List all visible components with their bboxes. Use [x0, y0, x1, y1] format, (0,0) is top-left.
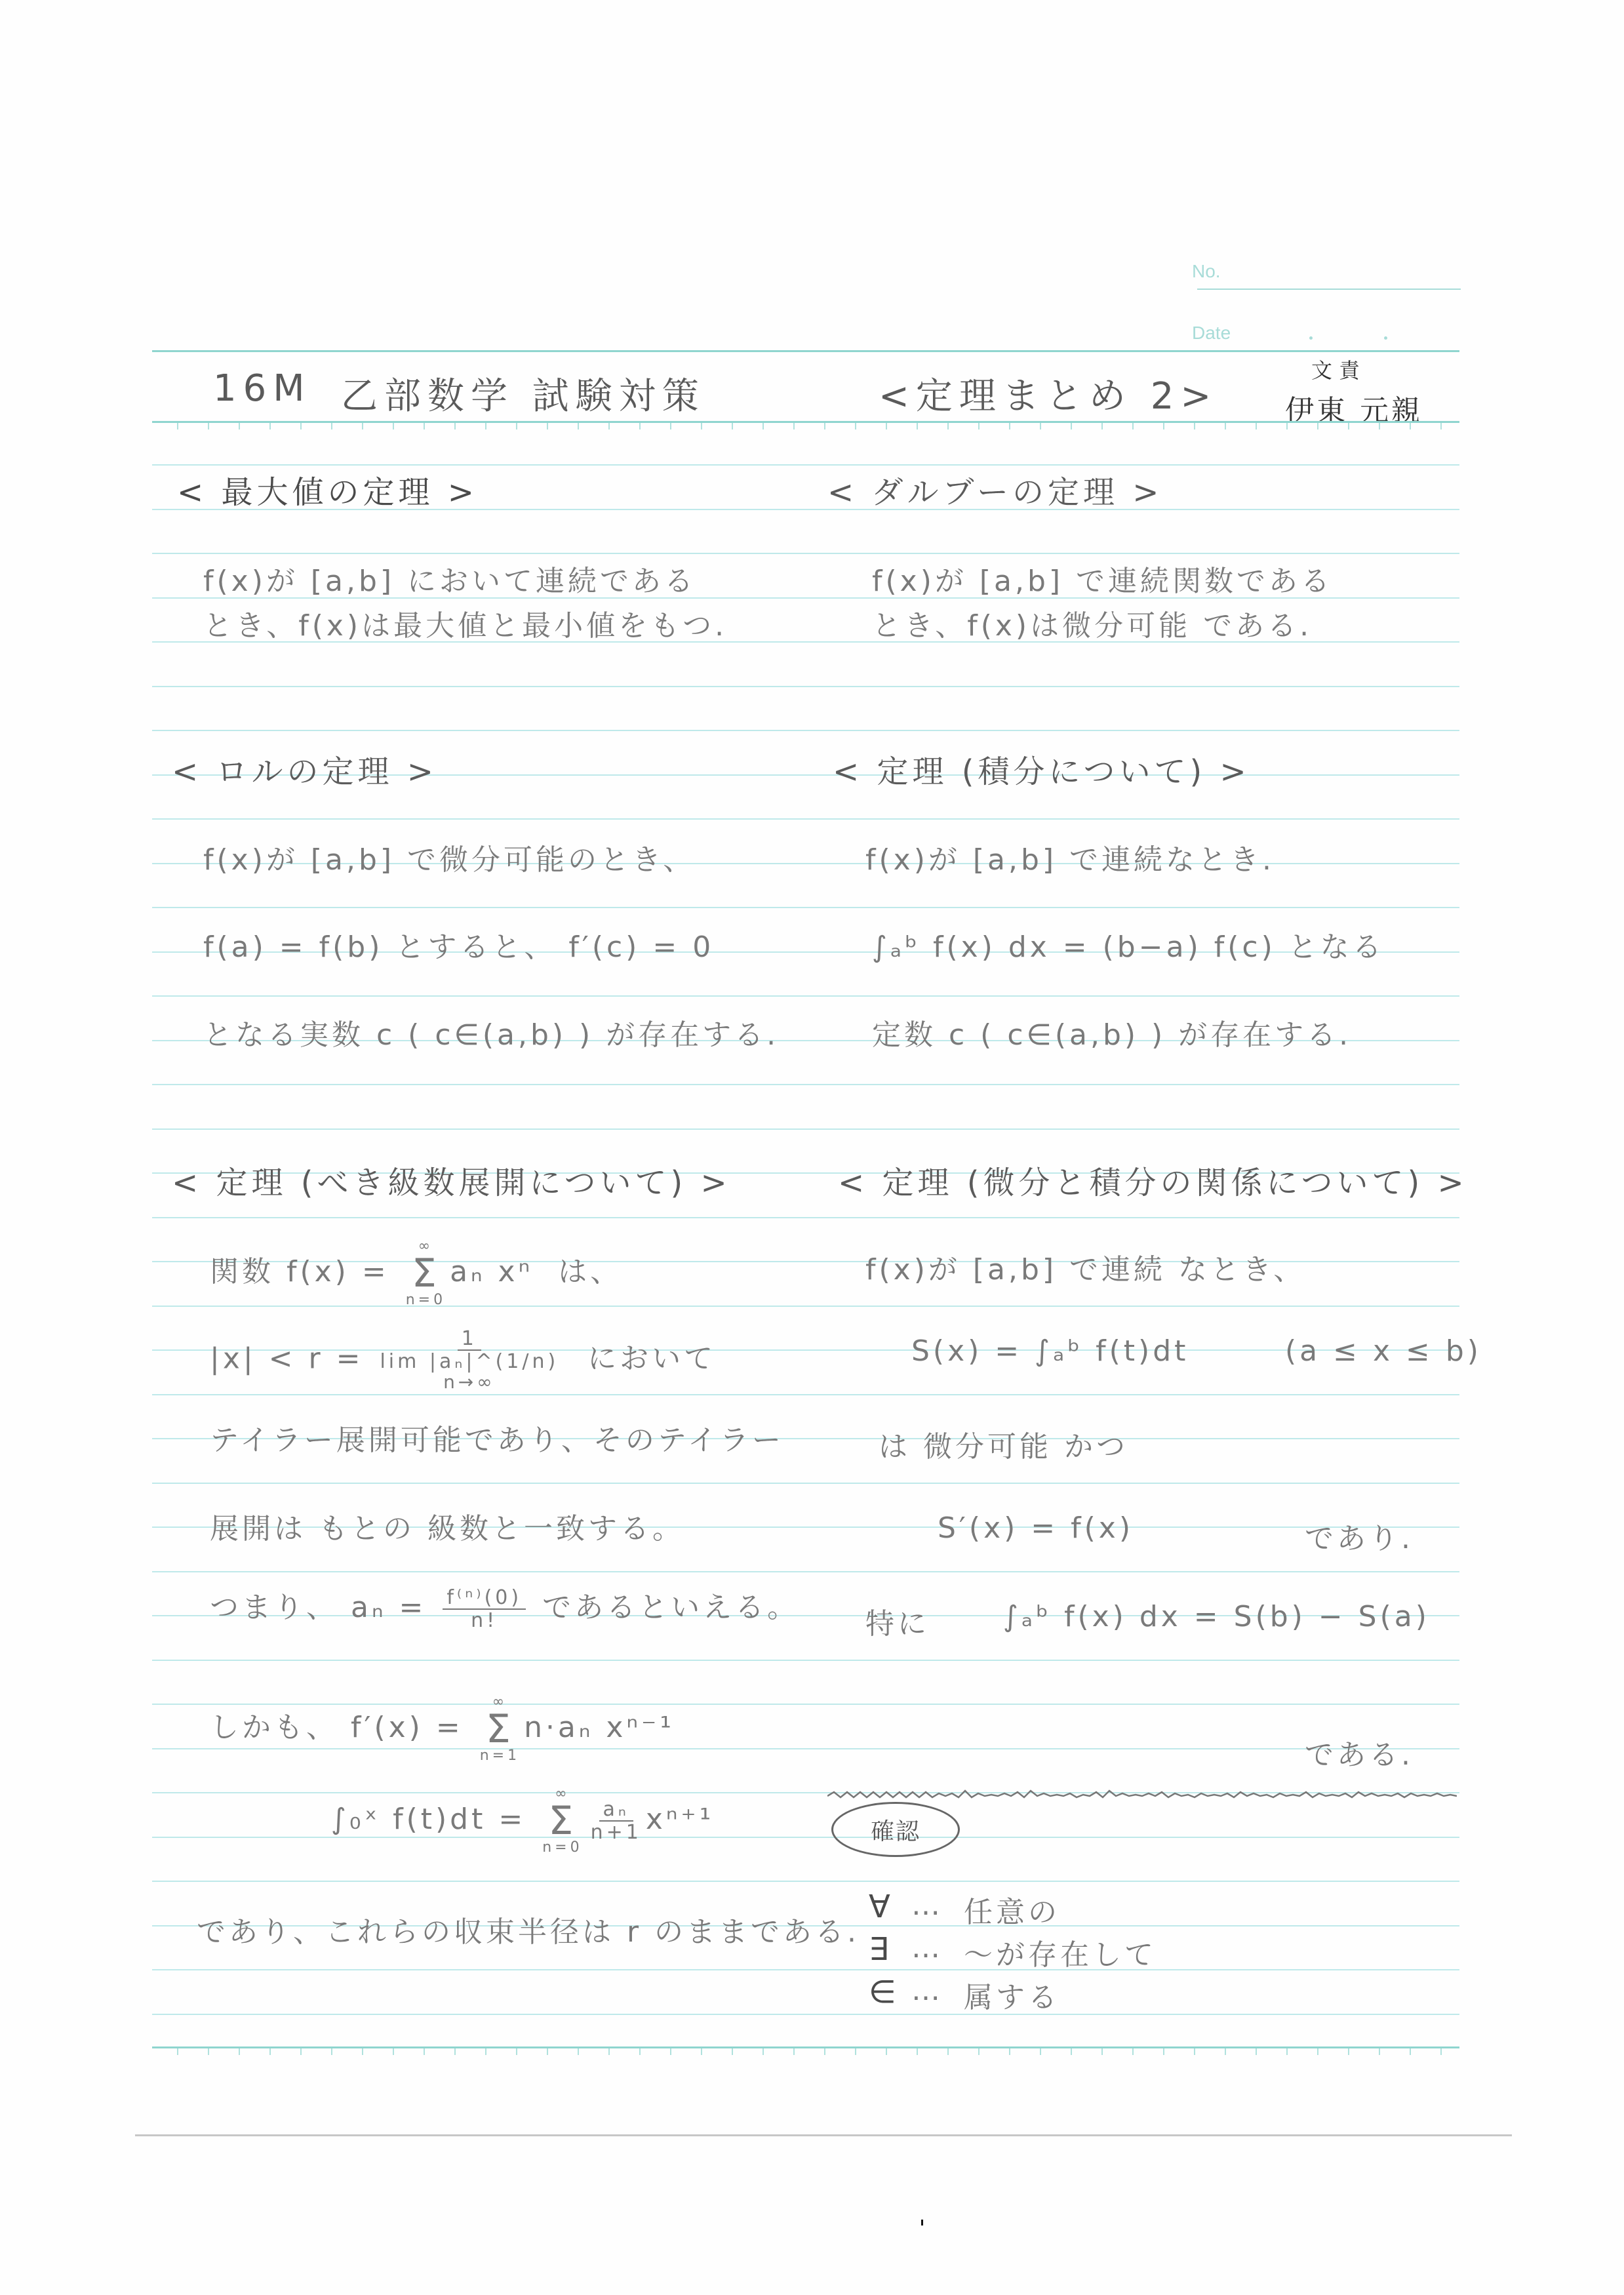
element-of-symbol: ∈	[869, 1974, 900, 2010]
formula-line: S′(x) = f(x)	[938, 1511, 1134, 1545]
formula-line: 関数 f(x) = ∞Σn=0aₙ xⁿ は、	[210, 1239, 622, 1307]
ruler-ticks	[177, 2048, 1459, 2055]
heading-ftc-theorem: < 定理 (微分と積分の関係について) >	[838, 1157, 1468, 1203]
formula-line: ∫ₐᵇ f(x) dx = S(b) − S(a)	[1003, 1600, 1430, 1633]
term: xⁿ⁺¹	[646, 1803, 714, 1836]
rule-line	[152, 686, 1459, 687]
limit-subscript: n→∞	[443, 1372, 496, 1393]
fraction: f⁽ⁿ⁾(0)n!	[443, 1587, 526, 1631]
symbol-meaning: 任意の	[964, 1888, 1060, 1930]
formula-line: |x| < r = 1lim |aₙ|^(1/n)n→∞ において	[210, 1328, 716, 1393]
text-line: であり、これらの収束半径は r のままである.	[197, 1908, 860, 1950]
text-line: とき、f(x)は最大値と最小値をもつ.	[203, 602, 727, 644]
rule-line	[152, 907, 1459, 908]
text-line: f(x)が [a,b] で連続なとき.	[865, 836, 1275, 878]
denominator: n+1	[591, 1822, 642, 1843]
ruler-ticks	[177, 423, 1459, 429]
rule-line-top	[152, 350, 1459, 352]
sigma-icon: Σ	[486, 1709, 514, 1749]
heading-max-value-theorem: < 最大値の定理 >	[177, 467, 478, 512]
wavy-divider	[827, 1788, 1457, 1801]
text-line: f(x)が [a,b] で連続関数である	[872, 557, 1333, 599]
rule-line	[152, 1394, 1459, 1395]
condition: (a ≤ x ≤ b)	[1285, 1334, 1482, 1368]
summation: ∞Σn=0	[406, 1239, 446, 1307]
text: 関数 f(x) =	[210, 1255, 402, 1288]
text-line: f(a) = f(b) とすると、 f′(c) = 0	[203, 923, 714, 965]
text: |x| < r =	[210, 1342, 376, 1375]
text-line: f(x)が [a,b] において連続である	[203, 557, 696, 599]
rule-line	[152, 2014, 1459, 2015]
rule-line	[152, 1969, 1459, 1970]
scan-speck	[921, 2220, 923, 2225]
fraction: 1lim |aₙ|^(1/n)n→∞	[380, 1328, 559, 1393]
text-line: となる実数 c ( c∈(a,b) ) が存在する.	[203, 1011, 779, 1053]
ellipsis: …	[911, 1888, 943, 1922]
sigma-icon: Σ	[412, 1254, 440, 1293]
numerator: aₙ	[599, 1799, 633, 1822]
text-line: f(x)が [a,b] で連続 なとき、	[865, 1246, 1305, 1288]
denominator: n!	[471, 1610, 498, 1631]
formula-line: S(x) = ∫ₐᵇ f(t)dt	[911, 1334, 1189, 1368]
text-line: 展開は もとの 級数と一致する。	[210, 1505, 684, 1547]
text-line: は 微分可能 かつ	[879, 1423, 1128, 1465]
sigma-icon: Σ	[548, 1801, 576, 1841]
text-line: 定数 c ( c∈(a,b) ) が存在する.	[872, 1011, 1351, 1053]
text: しかも、 f′(x) =	[210, 1711, 476, 1744]
ellipsis: …	[911, 1931, 943, 1965]
text: つまり、 aₙ =	[210, 1591, 439, 1624]
formula-line: つまり、 aₙ = f⁽ⁿ⁾(0)n! であるといえる。	[210, 1584, 799, 1631]
rule-line	[152, 1571, 1459, 1572]
formula-line: ∫₀ˣ f(t)dt = ∞Σn=0aₙn+1xⁿ⁺¹	[331, 1787, 714, 1855]
rule-line	[152, 553, 1459, 554]
formula-line: しかも、 f′(x) = ∞Σn=1n·aₙ xⁿ⁻¹	[210, 1695, 675, 1763]
term: n·aₙ xⁿ⁻¹	[524, 1711, 675, 1744]
text: において	[587, 1342, 716, 1375]
fraction: aₙn+1	[591, 1799, 642, 1843]
sum-lower: n=0	[542, 1841, 582, 1855]
date-separator-dot	[1384, 336, 1387, 340]
text: である.	[1305, 1731, 1414, 1773]
rule-line	[152, 1483, 1459, 1484]
numerator: 1	[458, 1328, 481, 1351]
heading-darboux-theorem: < ダルブーの定理 >	[827, 467, 1163, 512]
date-separator-dot	[1309, 336, 1313, 340]
summation: ∞Σn=0	[542, 1787, 582, 1855]
term: aₙ xⁿ	[450, 1255, 533, 1288]
rule-line	[152, 1128, 1459, 1130]
sum-lower: n=0	[406, 1293, 446, 1307]
confirm-badge: 確認	[831, 1802, 960, 1857]
rule-line	[152, 1660, 1459, 1661]
rule-line	[152, 995, 1459, 997]
rule-line	[152, 1217, 1459, 1218]
no-label: No.	[1192, 261, 1221, 282]
page-edge-line	[135, 2134, 1512, 2136]
page-title: 乙部数学 試験対策	[341, 367, 705, 420]
ellipsis: …	[911, 1974, 943, 2007]
summation: ∞Σn=1	[480, 1695, 520, 1763]
rule-line	[152, 1881, 1459, 1882]
heading-power-series-theorem: < 定理 (べき級数展開について) >	[172, 1157, 731, 1203]
sum-lower: n=1	[480, 1749, 520, 1763]
text: 特に	[865, 1600, 930, 1642]
rule-line	[152, 464, 1459, 466]
rule-line	[152, 1084, 1459, 1085]
class-code: 16M	[213, 367, 311, 410]
author-note: 文責	[1311, 354, 1366, 384]
symbol-meaning: 〜が存在して	[964, 1931, 1157, 1973]
text: であるといえる。	[542, 1591, 799, 1624]
no-field-line	[1197, 289, 1461, 290]
text: であり.	[1305, 1515, 1414, 1557]
page-subtitle: <定理まとめ 2>	[879, 367, 1218, 420]
exists-symbol: ∃	[869, 1931, 892, 1968]
text: ∫₀ˣ f(t)dt =	[331, 1803, 538, 1836]
rule-line	[152, 818, 1459, 820]
date-label: Date	[1192, 323, 1231, 344]
notebook-page: No. Date 16M 乙部数学 試験対策 <定理まとめ 2> 文責 伊東 元…	[0, 0, 1624, 2295]
symbol-meaning: 属する	[964, 1974, 1060, 2016]
forall-symbol: ∀	[869, 1888, 894, 1925]
text-line: テイラー展開可能であり、そのテイラー	[210, 1416, 784, 1458]
heading-rolle-theorem: < ロルの定理 >	[172, 746, 437, 791]
denominator: lim |aₙ|^(1/n)	[380, 1351, 559, 1372]
text-line: とき、f(x)は微分可能 である.	[872, 602, 1312, 644]
formula-line: ∫ₐᵇ f(x) dx = (b−a) f(c) となる	[872, 923, 1385, 965]
text-line: f(x)が [a,b] で微分可能のとき、	[203, 836, 695, 878]
text: は、	[558, 1255, 622, 1288]
rule-line	[152, 730, 1459, 731]
heading-integral-theorem: < 定理 (積分について) >	[833, 746, 1250, 791]
numerator: f⁽ⁿ⁾(0)	[443, 1587, 526, 1610]
